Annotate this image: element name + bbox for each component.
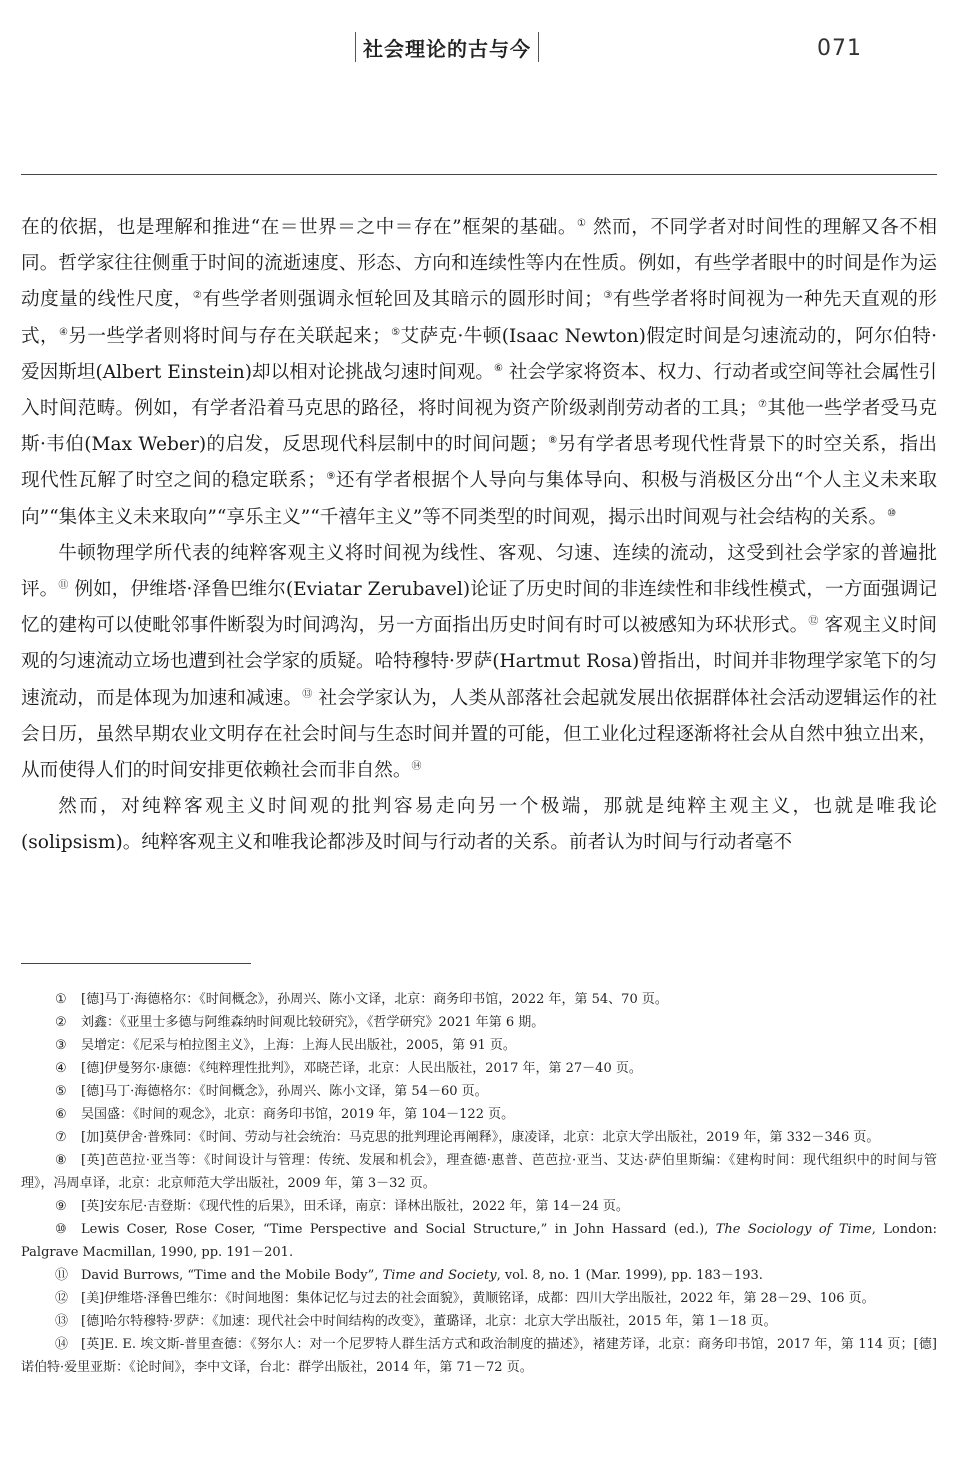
footnote: ⑬[德]哈尔特穆特·罗萨：《加速：现代社会中时间结构的改变》，董璐译，北京：北京…	[21, 1310, 937, 1333]
footnote-mark: ⑥	[55, 1103, 81, 1126]
footnote-mark: ⑦	[55, 1126, 81, 1149]
footnote-mark: ⑭	[55, 1333, 81, 1356]
footnote-ref[interactable]: ⑪	[58, 580, 68, 591]
footnote-text: 刘鑫：《亚里士多德与阿维森纳时间观比较研究》，《哲学研究》2021 年第 6 期…	[81, 1015, 544, 1030]
footnote: ⑨[英]安东尼·吉登斯：《现代性的后果》，田禾译，南京：译林出版社，2022 年…	[21, 1195, 937, 1218]
footnote-mark: ⑪	[55, 1264, 81, 1287]
footnote: ⑧[英]芭芭拉·亚当等：《时间设计与管理：传统、发展和机会》，理查德·惠普、芭芭…	[21, 1149, 937, 1195]
footnote-rule	[21, 963, 251, 964]
footnote: ④[德]伊曼努尔·康德：《纯粹理性批判》，邓晓芒译，北京：人民出版社，2017 …	[21, 1057, 937, 1080]
footnote: ⑭[英]E. E. 埃文斯-普里查德：《努尔人：对一个尼罗特人群生活方式和政治制…	[21, 1333, 937, 1379]
footnote-text: [德]伊曼努尔·康德：《纯粹理性批判》，邓晓芒译，北京：人民出版社，2017 年…	[81, 1061, 642, 1076]
footnote-ref[interactable]: ⑭	[411, 761, 421, 772]
footnote-text: [英]E. E. 埃文斯-普里查德：《努尔人：对一个尼罗特人群生活方式和政治制度…	[21, 1337, 937, 1375]
page-number: 071	[817, 36, 862, 61]
footnote-mark: ③	[55, 1034, 81, 1057]
body-paragraph: 在的依据，也是理解和推进“在＝世界＝之中＝存在”框架的基础。① 然而，不同学者对…	[21, 210, 937, 536]
footnote: ①[德]马丁·海德格尔：《时间概念》，孙周兴、陈小文译，北京：商务印书馆，202…	[21, 988, 937, 1011]
footnote-text: 吴增定：《尼采与柏拉图主义》，上海：上海人民出版社，2005，第 91 页。	[81, 1038, 516, 1053]
footnote-ref[interactable]: ⑫	[808, 616, 818, 627]
body-paragraph: 然而，对纯粹客观主义时间观的批判容易走向另一个极端，那就是纯粹主观主义，也就是唯…	[21, 789, 937, 861]
footnote-text: Lewis Coser, Rose Coser, “Time Perspecti…	[81, 1222, 716, 1237]
footnote-text: [德]哈尔特穆特·罗萨：《加速：现代社会中时间结构的改变》，董璐译，北京：北京大…	[81, 1314, 777, 1329]
footnote: ⑪David Burrows, “Time and the Mobile Bod…	[21, 1264, 937, 1287]
footnote: ⑤[德]马丁·海德格尔：《时间概念》，孙周兴、陈小文译，第 54－60 页。	[21, 1080, 937, 1103]
body-text: 在的依据，也是理解和推进“在＝世界＝之中＝存在”框架的基础。① 然而，不同学者对…	[21, 210, 937, 862]
footnote-ref[interactable]: ⑩	[887, 507, 896, 518]
footnote-ref[interactable]: ②	[193, 290, 202, 301]
footnote: ②刘鑫：《亚里士多德与阿维森纳时间观比较研究》，《哲学研究》2021 年第 6 …	[21, 1011, 937, 1034]
footnote-text: [美]伊维塔·泽鲁巴维尔：《时间地图：集体记忆与过去的社会面貌》，黄顺铭译，成都…	[81, 1291, 875, 1306]
footnote-text: , vol. 8, no. 1 (Mar. 1999), pp. 183－193…	[497, 1268, 763, 1283]
footnote-ref[interactable]: ⑨	[326, 471, 336, 482]
footnote: ⑩Lewis Coser, Rose Coser, “Time Perspect…	[21, 1218, 937, 1264]
footnote-ref[interactable]: ⑧	[548, 435, 558, 446]
footnote: ⑦[加]莫伊舍·普殊同：《时间、劳动与社会统治：马克思的批判理论再阐释》，康凌译…	[21, 1126, 937, 1149]
footnote-text: [德]马丁·海德格尔：《时间概念》，孙周兴、陈小文译，第 54－60 页。	[81, 1084, 488, 1099]
footnote-mark: ④	[55, 1057, 81, 1080]
footnote-text: [英]安东尼·吉登斯：《现代性的后果》，田禾译，南京：译林出版社，2022 年，…	[81, 1199, 629, 1214]
footnote-text: [加]莫伊舍·普殊同：《时间、劳动与社会统治：马克思的批判理论再阐释》，康凌译，…	[81, 1130, 879, 1145]
footnote-ref[interactable]: ④	[59, 326, 68, 337]
footnote-ref[interactable]: ③	[603, 290, 613, 301]
footnote-text: 吴国盛：《时间的观念》，北京：商务印书馆，2019 年，第 104－122 页。	[81, 1107, 514, 1122]
footnote-mark: ⑬	[55, 1310, 81, 1333]
footnote-mark: ①	[55, 988, 81, 1011]
footnote-ref[interactable]: ⑥	[494, 363, 503, 374]
footnote-text: David Burrows, “Time and the Mobile Body…	[81, 1268, 383, 1283]
text-run: 在的依据，也是理解和推进“在＝世界＝之中＝存在”框架的基础。	[21, 217, 577, 238]
body-paragraph: 牛顿物理学所代表的纯粹客观主义将时间视为线性、客观、匀速、连续的流动，这受到社会…	[21, 536, 937, 789]
footnote: ⑫[美]伊维塔·泽鲁巴维尔：《时间地图：集体记忆与过去的社会面貌》，黄顺铭译，成…	[21, 1287, 937, 1310]
footnote-title-italic: Time and Society	[383, 1268, 497, 1283]
footnote-mark: ⑨	[55, 1195, 81, 1218]
footnote-text: [德]马丁·海德格尔：《时间概念》，孙周兴、陈小文译，北京：商务印书馆，2022…	[81, 992, 668, 1007]
page-header: 社会理论的古与今 071	[0, 30, 958, 70]
text-run: 有些学者则强调永恒轮回及其暗示的圆形时间；	[202, 289, 603, 310]
footnote-ref[interactable]: ⑤	[391, 326, 401, 337]
footnote-mark: ⑧	[55, 1149, 81, 1172]
footnote-mark: ⑩	[55, 1218, 81, 1241]
footnotes: ①[德]马丁·海德格尔：《时间概念》，孙周兴、陈小文译，北京：商务印书馆，202…	[21, 988, 937, 1379]
footnote: ⑥吴国盛：《时间的观念》，北京：商务印书馆，2019 年，第 104－122 页…	[21, 1103, 937, 1126]
footnote-text: [英]芭芭拉·亚当等：《时间设计与管理：传统、发展和机会》，理查德·惠普、芭芭拉…	[21, 1153, 937, 1191]
footnote-mark: ⑤	[55, 1080, 81, 1103]
footnote-ref[interactable]: ⑦	[758, 399, 768, 410]
text-run: 然而，对纯粹客观主义时间观的批判容易走向另一个极端，那就是纯粹主观主义，也就是唯…	[21, 796, 937, 853]
header-rule	[21, 174, 937, 175]
footnote-mark: ②	[55, 1011, 81, 1034]
footnote: ③吴增定：《尼采与柏拉图主义》，上海：上海人民出版社，2005，第 91 页。	[21, 1034, 937, 1057]
footnote-mark: ⑫	[55, 1287, 81, 1310]
text-run: 另一些学者则将时间与存在关联起来；	[68, 326, 390, 347]
text-run: 例如，伊维塔·泽鲁巴维尔(Eviatar Zerubavel)论证了历史时间的非…	[21, 579, 937, 636]
footnote-ref[interactable]: ⑬	[302, 688, 312, 699]
running-title: 社会理论的古与今	[355, 32, 539, 62]
footnote-title-italic: The Sociology of Time	[716, 1222, 872, 1237]
footnote-ref[interactable]: ①	[577, 218, 587, 229]
